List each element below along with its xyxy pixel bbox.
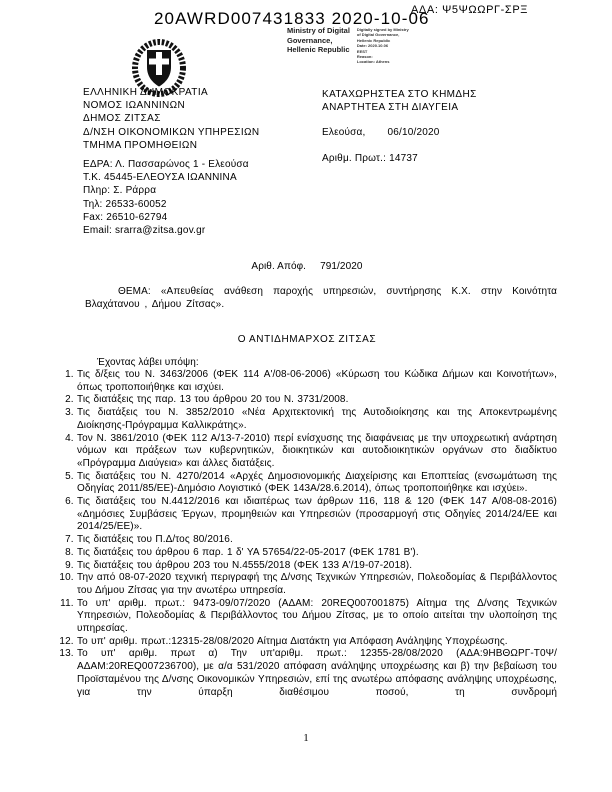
consideration-item: Το υπ' αριθμ. πρωτ.: 9473-09/07/2020 (ΑΔ…	[77, 598, 557, 636]
contact-line-address: ΕΔΡΑ: Λ. Πασσαρώνος 1 - Ελεούσα	[83, 158, 249, 171]
authority-line: Δ/ΝΣΗ ΟΙΚΟΝΟΜΙΚΩΝ ΥΠΗΡΕΣΙΩΝ	[83, 126, 260, 139]
contact-line-person: Πληρ: Σ. Ράρρα	[83, 184, 249, 197]
signatory-title: Ο ΑΝΤΙΔΗΜΑΡΧΟΣ ΖΙΤΣΑΣ	[57, 333, 557, 346]
document-page: ΑΔΑ: Ψ5ΨΩΩΡΓ-ΣΡΞ 20AWRD007431833 2020-10…	[0, 0, 612, 792]
registration-block: ΚΑΤΑΧΩΡΗΣΤΕΑ ΣΤΟ ΚΗΜΔΗΣ ΑΝΑΡΤΗΤΕΑ ΣΤΗ ΔΙ…	[322, 88, 477, 165]
authority-line: ΔΗΜΟΣ ΖΙΤΣΑΣ	[83, 112, 260, 125]
stamp-issuer-line: Governance,	[287, 36, 350, 46]
stamp-issuer-line: Hellenic Republic	[287, 45, 350, 55]
digital-signature-stamp: Ministry of Digital Governance, Hellenic…	[287, 26, 409, 65]
contact-line-email: Email: srarra@zitsa.gov.gr	[83, 224, 249, 237]
consideration-item: Το υπ' αριθμ. πρωτ α) Την υπ'αριθμ. πρωτ…	[77, 648, 557, 699]
contact-line-fax: Fax: 26510-62794	[83, 211, 249, 224]
page-number: 1	[0, 732, 612, 744]
registration-line: ΑΝΑΡΤΗΤΕΑ ΣΤΗ ΔΙΑΥΓΕΙΑ	[322, 101, 477, 114]
consideration-item: Τις διατάξεις του Π.Δ/τος 80/2016.	[77, 534, 557, 547]
consideration-item: Την από 08-07-2020 τεχνική περιγραφή της…	[77, 572, 557, 597]
consideration-item: Τις διατάξεις του Ν.4412/2016 και ιδιαιτ…	[77, 496, 557, 534]
document-body: Αριθ. Απόφ.791/2020 ΘΕΜΑ: «Απευθείας ανά…	[57, 260, 557, 699]
consideration-item: Τις διατάξεις του άρθρου 6 παρ. 1 δ' ΥΑ …	[77, 547, 557, 560]
consideration-item: Το υπ' αριθμ. πρωτ.:12315-28/08/2020 Αίτ…	[77, 636, 557, 649]
authority-line: ΤΜΗΜΑ ΠΡΟΜΗΘΕΙΩΝ	[83, 139, 260, 152]
consideration-item: Τις διατάξεις του άρθρου 203 του Ν.4555/…	[77, 560, 557, 573]
decision-label: Αριθ. Απόφ.	[251, 261, 306, 272]
protocol-number: Αριθμ. Πρωτ.: 14737	[322, 152, 477, 165]
kimdis-code: 20AWRD007431833 2020-10-06	[154, 9, 430, 29]
stamp-issuer: Ministry of Digital Governance, Hellenic…	[287, 26, 350, 65]
authority-line: ΕΛΛΗΝΙΚΗ ΔΗΜΟΚΡΑΤΙΑ	[83, 86, 260, 99]
consideration-item: Τον Ν. 3861/2010 (ΦΕΚ 112 Α/13-7-2010) π…	[77, 433, 557, 471]
decision-number: 791/2020	[320, 261, 363, 272]
consideration-item: Τις δ/ξεις του Ν. 3463/2006 (ΦΕΚ 114 Α'/…	[77, 369, 557, 394]
place: Ελεούσα,	[322, 127, 366, 138]
document-date: 06/10/2020	[388, 127, 440, 138]
stamp-detail-line: Location: Athens	[357, 59, 409, 64]
issuing-authority-block: ΕΛΛΗΝΙΚΗ ΔΗΜΟΚΡΑΤΙΑ ΝΟΜΟΣ ΙΩΑΝΝΙΝΩΝ ΔΗΜΟ…	[83, 86, 260, 152]
authority-line: ΝΟΜΟΣ ΙΩΑΝΝΙΝΩΝ	[83, 99, 260, 112]
considerations-list: Τις δ/ξεις του Ν. 3463/2006 (ΦΕΚ 114 Α'/…	[57, 369, 557, 699]
consideration-item: Τις διατάξεις του Ν. 4270/2014 «Αρχές Δη…	[77, 471, 557, 496]
subject-paragraph: ΘΕΜΑ: «Απευθείας ανάθεση παροχής υπηρεσι…	[85, 285, 557, 311]
registration-line: ΚΑΤΑΧΩΡΗΣΤΕΑ ΣΤΟ ΚΗΜΔΗΣ	[322, 88, 477, 101]
stamp-signature-details: Digitally signed by Ministry of Digital …	[357, 26, 409, 65]
contact-line-phone: Τηλ: 26533-60052	[83, 198, 249, 211]
contact-block: ΕΔΡΑ: Λ. Πασσαρώνος 1 - Ελεούσα Τ.Κ. 454…	[83, 158, 249, 237]
contact-line-postal: Τ.Κ. 45445-ΕΛΕΟΥΣΑ ΙΩΑΝΝΙΝΑ	[83, 171, 249, 184]
considerations-intro: Έχοντας λάβει υπόψη:	[97, 356, 557, 369]
place-date-line: Ελεούσα,06/10/2020	[322, 126, 477, 139]
consideration-item: Τις διατάξεις του Ν. 3852/2010 «Νέα Αρχι…	[77, 407, 557, 432]
decision-number-line: Αριθ. Απόφ.791/2020	[57, 260, 557, 273]
consideration-item: Τις διατάξεις της παρ. 13 του άρθρου 20 …	[77, 394, 557, 407]
